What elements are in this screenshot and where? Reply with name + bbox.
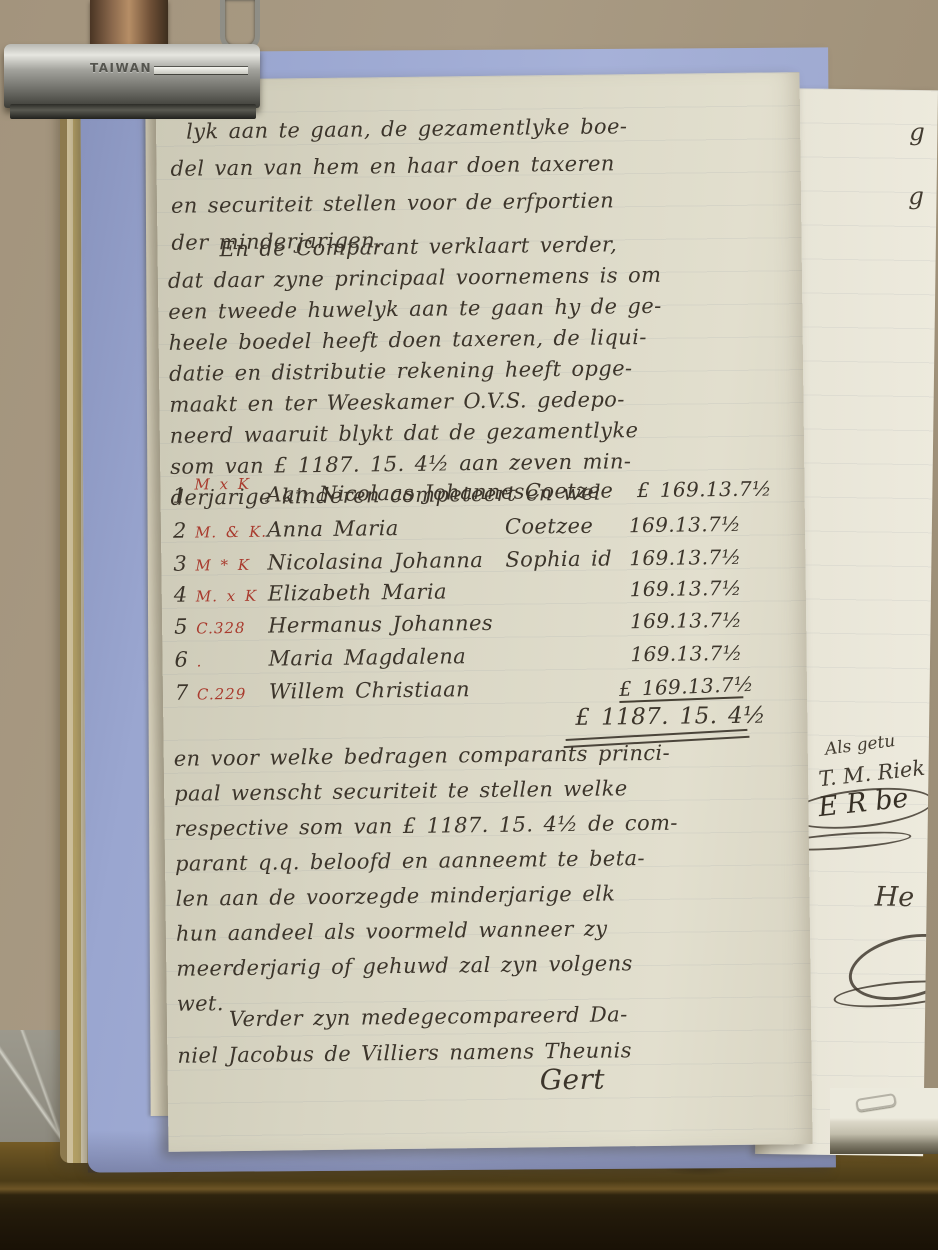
surname xyxy=(507,694,619,695)
margin-code: C.328 xyxy=(196,619,268,638)
background-sheet xyxy=(0,1030,60,1142)
child-name: Nicolasina Johanna xyxy=(267,548,505,575)
child-name: Willem Christiaan xyxy=(269,677,507,704)
ledger-row: 4 M. x K Elizabeth Maria 169.13.7½ xyxy=(174,576,742,607)
right-page-stack-edge xyxy=(830,1088,938,1154)
amount: 169.13.7½ xyxy=(617,545,741,571)
surname: Coetzee xyxy=(525,478,637,503)
surname xyxy=(506,628,618,629)
clip-body: TAIWAN xyxy=(4,44,260,108)
signature-gert: Gert xyxy=(540,1063,606,1097)
child-name: Aan Nicolaas Johannes xyxy=(266,479,525,506)
row-number: 6 xyxy=(174,648,196,672)
paperclip xyxy=(855,1093,897,1112)
row-number: 4 xyxy=(174,583,196,607)
right-page-fragment: g xyxy=(908,182,924,210)
document-page: lyk aan te gaan, de gezamentlyke boe- de… xyxy=(155,72,812,1152)
right-page-fragment: g xyxy=(909,118,925,146)
ledger-row: 2 M. & K. Anna Maria Coetzee 169.13.7½ xyxy=(173,512,741,543)
photo-scene: g g Als getu T. M. Riek E R be He lyk aa… xyxy=(0,0,938,1250)
margin-code: M. & K. xyxy=(195,523,267,542)
ledger-row: 6 . Maria Magdalena 169.13.7½ xyxy=(174,641,742,672)
ledger-row: 5 C.328 Hermanus Johannes 169.13.7½ xyxy=(174,608,742,639)
clip-highlight-slot xyxy=(154,66,248,75)
bulldog-clip: TAIWAN xyxy=(4,0,262,124)
total-amount: £ 1187. 15. 4½ xyxy=(575,703,745,731)
margin-code: M * K xyxy=(195,556,267,575)
paragraph-declaration: En de Comparant verklaart verder, dat da… xyxy=(167,229,664,514)
surname xyxy=(506,596,618,597)
child-name: Elizabeth Maria xyxy=(268,579,506,606)
row-number: 3 xyxy=(173,552,195,576)
row-number: 5 xyxy=(174,615,196,639)
clip-lower-lip xyxy=(10,104,256,119)
margin-code: C.229 xyxy=(197,685,269,704)
right-page-fragment: He xyxy=(874,882,914,914)
amount: £ 169.13.7½ xyxy=(637,477,761,503)
amount: 169.13.7½ xyxy=(617,512,741,538)
amount: 169.13.7½ xyxy=(618,608,742,634)
surname: Sophia id xyxy=(505,546,617,571)
paragraph-security: en voor welke bedragen comparants princi… xyxy=(174,736,681,1022)
paragraph-line: del van van hem en haar doen taxeren xyxy=(170,145,628,188)
clip-brand-text: TAIWAN xyxy=(90,61,152,75)
child-name: Hermanus Johannes xyxy=(268,611,506,638)
paragraph-line: Verder zyn medegecompareerd Da- xyxy=(177,996,632,1038)
paragraph-line: en securiteit stellen voor de erfportien xyxy=(171,182,629,225)
child-name: Maria Magdalena xyxy=(268,644,506,671)
ledger-row: 3 M * K Nicolasina Johanna Sophia id 169… xyxy=(173,545,741,576)
surname xyxy=(507,661,619,662)
surname: Coetzee xyxy=(505,513,617,538)
amount: 169.13.7½ xyxy=(618,641,742,667)
margin-code: M x K xyxy=(194,475,266,494)
margin-code: . xyxy=(196,652,268,671)
amount: 169.13.7½ xyxy=(618,576,742,602)
paragraph-line: meerderjarig of gehuwd zal zyn volgens xyxy=(176,946,680,987)
margin-code: M. x K xyxy=(196,587,268,606)
row-number: 1 xyxy=(172,484,194,508)
child-name: Anna Maria xyxy=(267,515,505,542)
row-number: 2 xyxy=(173,519,195,543)
row-number: 7 xyxy=(175,681,197,705)
amount: £ 169.13.7½ xyxy=(618,672,743,703)
ledger-row: 7 C.229 Willem Christiaan £ 169.13.7½ xyxy=(175,674,743,707)
